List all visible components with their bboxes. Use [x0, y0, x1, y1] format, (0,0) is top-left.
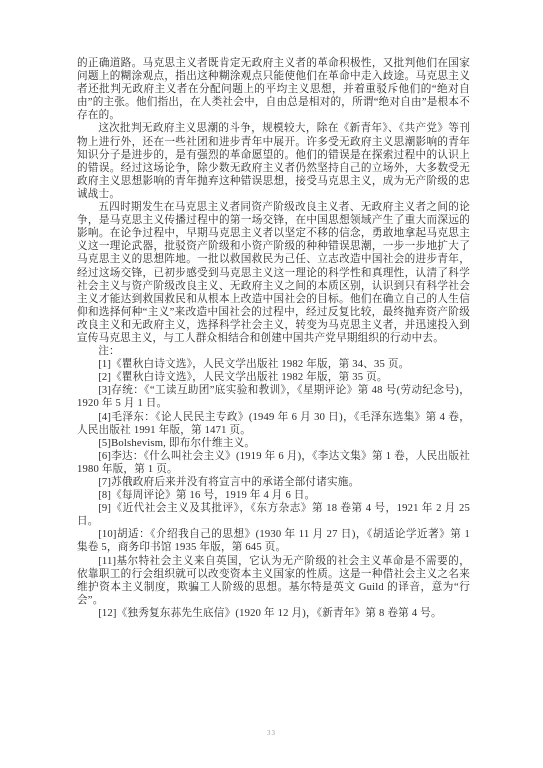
note-item: [8]《每周评论》第 16 号，1919 年 4 月 6 日。 [77, 489, 470, 502]
note-item: [12]《独秀复东荪先生底信》(1920 年 12 月)，《新青年》第 8 卷第… [77, 607, 470, 620]
note-item: [2]《瞿秋白诗文选》，人民文学出版社 1982 年版，第 35 页。 [77, 371, 470, 384]
note-item: [7]苏俄政府后来并没有将宣言中的承诺全部付诸实施。 [77, 476, 470, 489]
book-page: 的正确道路。马克思主义者既肯定无政府主义者的革命积极性，又批判他们在国家问题上的… [0, 0, 543, 768]
page-number: 33 [0, 729, 543, 737]
note-item: [5]Bolshevism, 即布尔什维主义。 [77, 437, 470, 450]
notes-label: 注： [77, 345, 470, 358]
paragraph: 这次批判无政府主义思潮的斗争，规模较大，除在《新青年》、《共产党》等刊物上进行外… [77, 122, 470, 201]
body-text: 的正确道路。马克思主义者既肯定无政府主义者的革命积极性，又批判他们在国家问题上的… [77, 57, 470, 620]
note-item: [9]《近代社会主义及其批评》，《东方杂志》第 18 卷第 4 号，1921 年… [77, 502, 470, 528]
note-item: [6]李达：《什么叫社会主义》(1919 年 6 月)，《李达文集》第 1 卷，… [77, 450, 470, 476]
note-item: [11]基尔特社会主义来自英国，它认为无产阶级的社会主义革命是不需要的，依靠职工… [77, 555, 470, 607]
paragraph: 五四时期发生在马克思主义者同资产阶级改良主义者、无政府主义者之间的论争，是马克思… [77, 201, 470, 345]
paragraph-continuation: 的正确道路。马克思主义者既肯定无政府主义者的革命积极性，又批判他们在国家问题上的… [77, 57, 470, 122]
note-item: [4]毛泽东：《论人民民主专政》(1949 年 6 月 30 日)，《毛泽东选集… [77, 411, 470, 437]
note-item: [10]胡适：《介绍我自己的思想》(1930 年 11 月 27 日)，《胡适论… [77, 528, 470, 554]
note-item: [3]存统：《“工读互助团”底实验和教训》，《星期评论》第 48 号(劳动纪念号… [77, 384, 470, 410]
note-item: [1]《瞿秋白诗文选》，人民文学出版社 1982 年版，第 34、35 页。 [77, 358, 470, 371]
